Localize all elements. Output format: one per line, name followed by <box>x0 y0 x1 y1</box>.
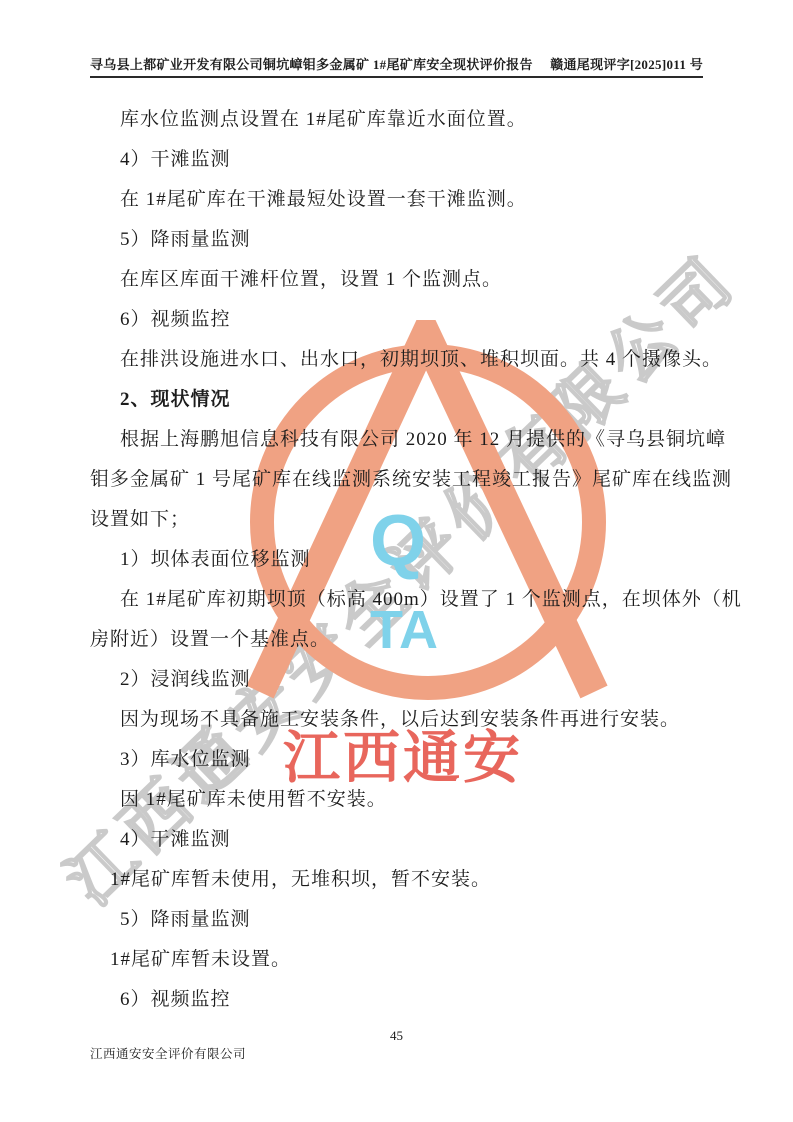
body-line: 4）干滩监测 <box>90 140 708 180</box>
body-line: 1#尾矿库暂未使用，无堆积坝，暂不安装。 <box>90 860 708 900</box>
body-line: 根据上海鹏旭信息科技有限公司 2020 年 12 月提供的《寻乌县铜坑嶂 <box>90 420 708 460</box>
body-line: 6）视频监控 <box>90 980 708 1020</box>
body-line: 1）坝体表面位移监测 <box>90 540 708 580</box>
body-line: 库水位监测点设置在 1#尾矿库靠近水面位置。 <box>90 100 708 140</box>
body-line: 2、现状情况 <box>90 380 708 420</box>
watermark-red-company-short-name: 江西通安 <box>283 727 523 790</box>
page-number: 45 <box>0 1028 793 1044</box>
header-report-title: 寻乌县上都矿业开发有限公司铜坑嶂钼多金属矿 1#尾矿库安全现状评价报告 <box>90 54 533 73</box>
page-header: 寻乌县上都矿业开发有限公司铜坑嶂钼多金属矿 1#尾矿库安全现状评价报告 赣通尾现… <box>90 50 703 78</box>
body-line: 5）降雨量监测 <box>90 220 708 260</box>
body-line: 6）视频监控 <box>90 300 708 340</box>
body-line: 在 1#尾矿库在干滩最短处设置一套干滩监测。 <box>90 180 708 220</box>
body-line: 房附近）设置一个基准点。 <box>90 620 708 660</box>
header-doc-number: 赣通尾现评字[2025]011 号 <box>550 54 703 73</box>
body-line: 2）浸润线监测 <box>90 660 708 700</box>
body-line: 在库区库面干滩杆位置，设置 1 个监测点。 <box>90 260 708 300</box>
footer-company-name: 江西通安安全评价有限公司 <box>90 1044 246 1062</box>
document-body: 库水位监测点设置在 1#尾矿库靠近水面位置。4）干滩监测在 1#尾矿库在干滩最短… <box>90 100 708 1020</box>
body-line: 在排洪设施进水口、出水口，初期坝顶、堆积坝面。共 4 个摄像头。 <box>90 340 708 380</box>
body-line: 1#尾矿库暂未设置。 <box>90 940 708 980</box>
body-line: 4）干滩监测 <box>90 820 708 860</box>
body-line: 5）降雨量监测 <box>90 900 708 940</box>
body-line: 设置如下； <box>90 500 708 540</box>
document-page: 江西通安安全评价有限公司 Q TA 寻乌县上都矿业开发有限公司铜坑嶂钼多金属矿 … <box>0 0 793 1122</box>
body-line: 在 1#尾矿库初期坝顶（标高 400m）设置了 1 个监测点，在坝体外（机 <box>90 580 708 620</box>
body-line: 钼多金属矿 1 号尾矿库在线监测系统安装工程竣工报告》尾矿库在线监测 <box>90 460 708 500</box>
